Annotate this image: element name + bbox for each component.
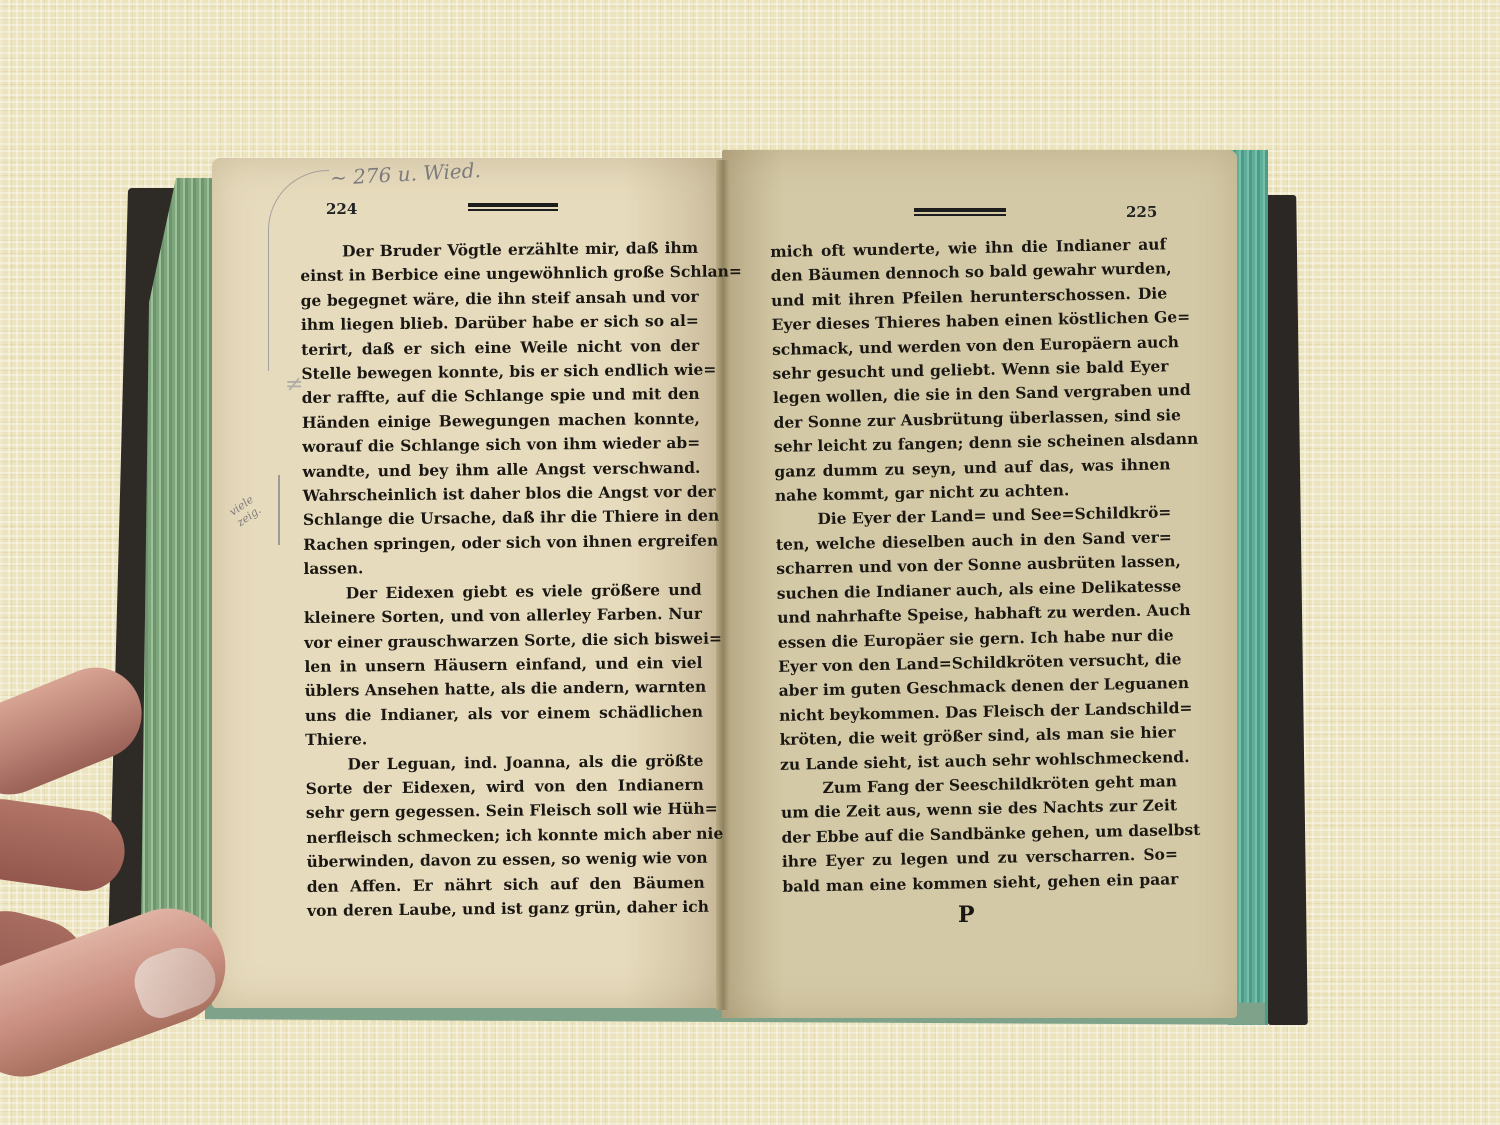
text-line: von deren Laube, und ist ganz grün, dahe… [307, 895, 705, 924]
text-line: üblers Ansehen hatte, als die andern, wa… [305, 675, 703, 704]
text-line: kleinere Sorten, und von allerley Farben… [304, 602, 702, 631]
left-page-body: Der Bruder Vögtle erzählte mir, daß ihme… [300, 236, 705, 924]
pencil-margin-line [278, 475, 280, 545]
photo-scene: ≠ ~ 276 u. Wied. viele zeig. 224 Der Bru… [0, 0, 1500, 1125]
right-page-body: mich oft wunderte, wie ihn die Indianer … [770, 232, 1179, 898]
text-line: Rachen springen, oder sich von ihnen erg… [303, 529, 701, 558]
page-number-right: 225 [1126, 203, 1157, 221]
text-line: uns die Indianer, als vor einem schädlic… [305, 700, 703, 729]
signature-mark: P [958, 902, 975, 928]
page-number-left: 224 [326, 200, 357, 218]
book-gutter [716, 160, 730, 1010]
text-line: ihm liegen blieb. Darüber habe er sich s… [301, 309, 699, 338]
hand [0, 680, 240, 1125]
text-line: worauf die Schlange sich von ihm wieder … [302, 431, 700, 460]
header-rule-left [468, 203, 558, 211]
finger [0, 794, 130, 896]
header-rule-right [914, 208, 1006, 216]
text-line: überwinden, davon zu essen, so wenig wie… [306, 846, 704, 875]
